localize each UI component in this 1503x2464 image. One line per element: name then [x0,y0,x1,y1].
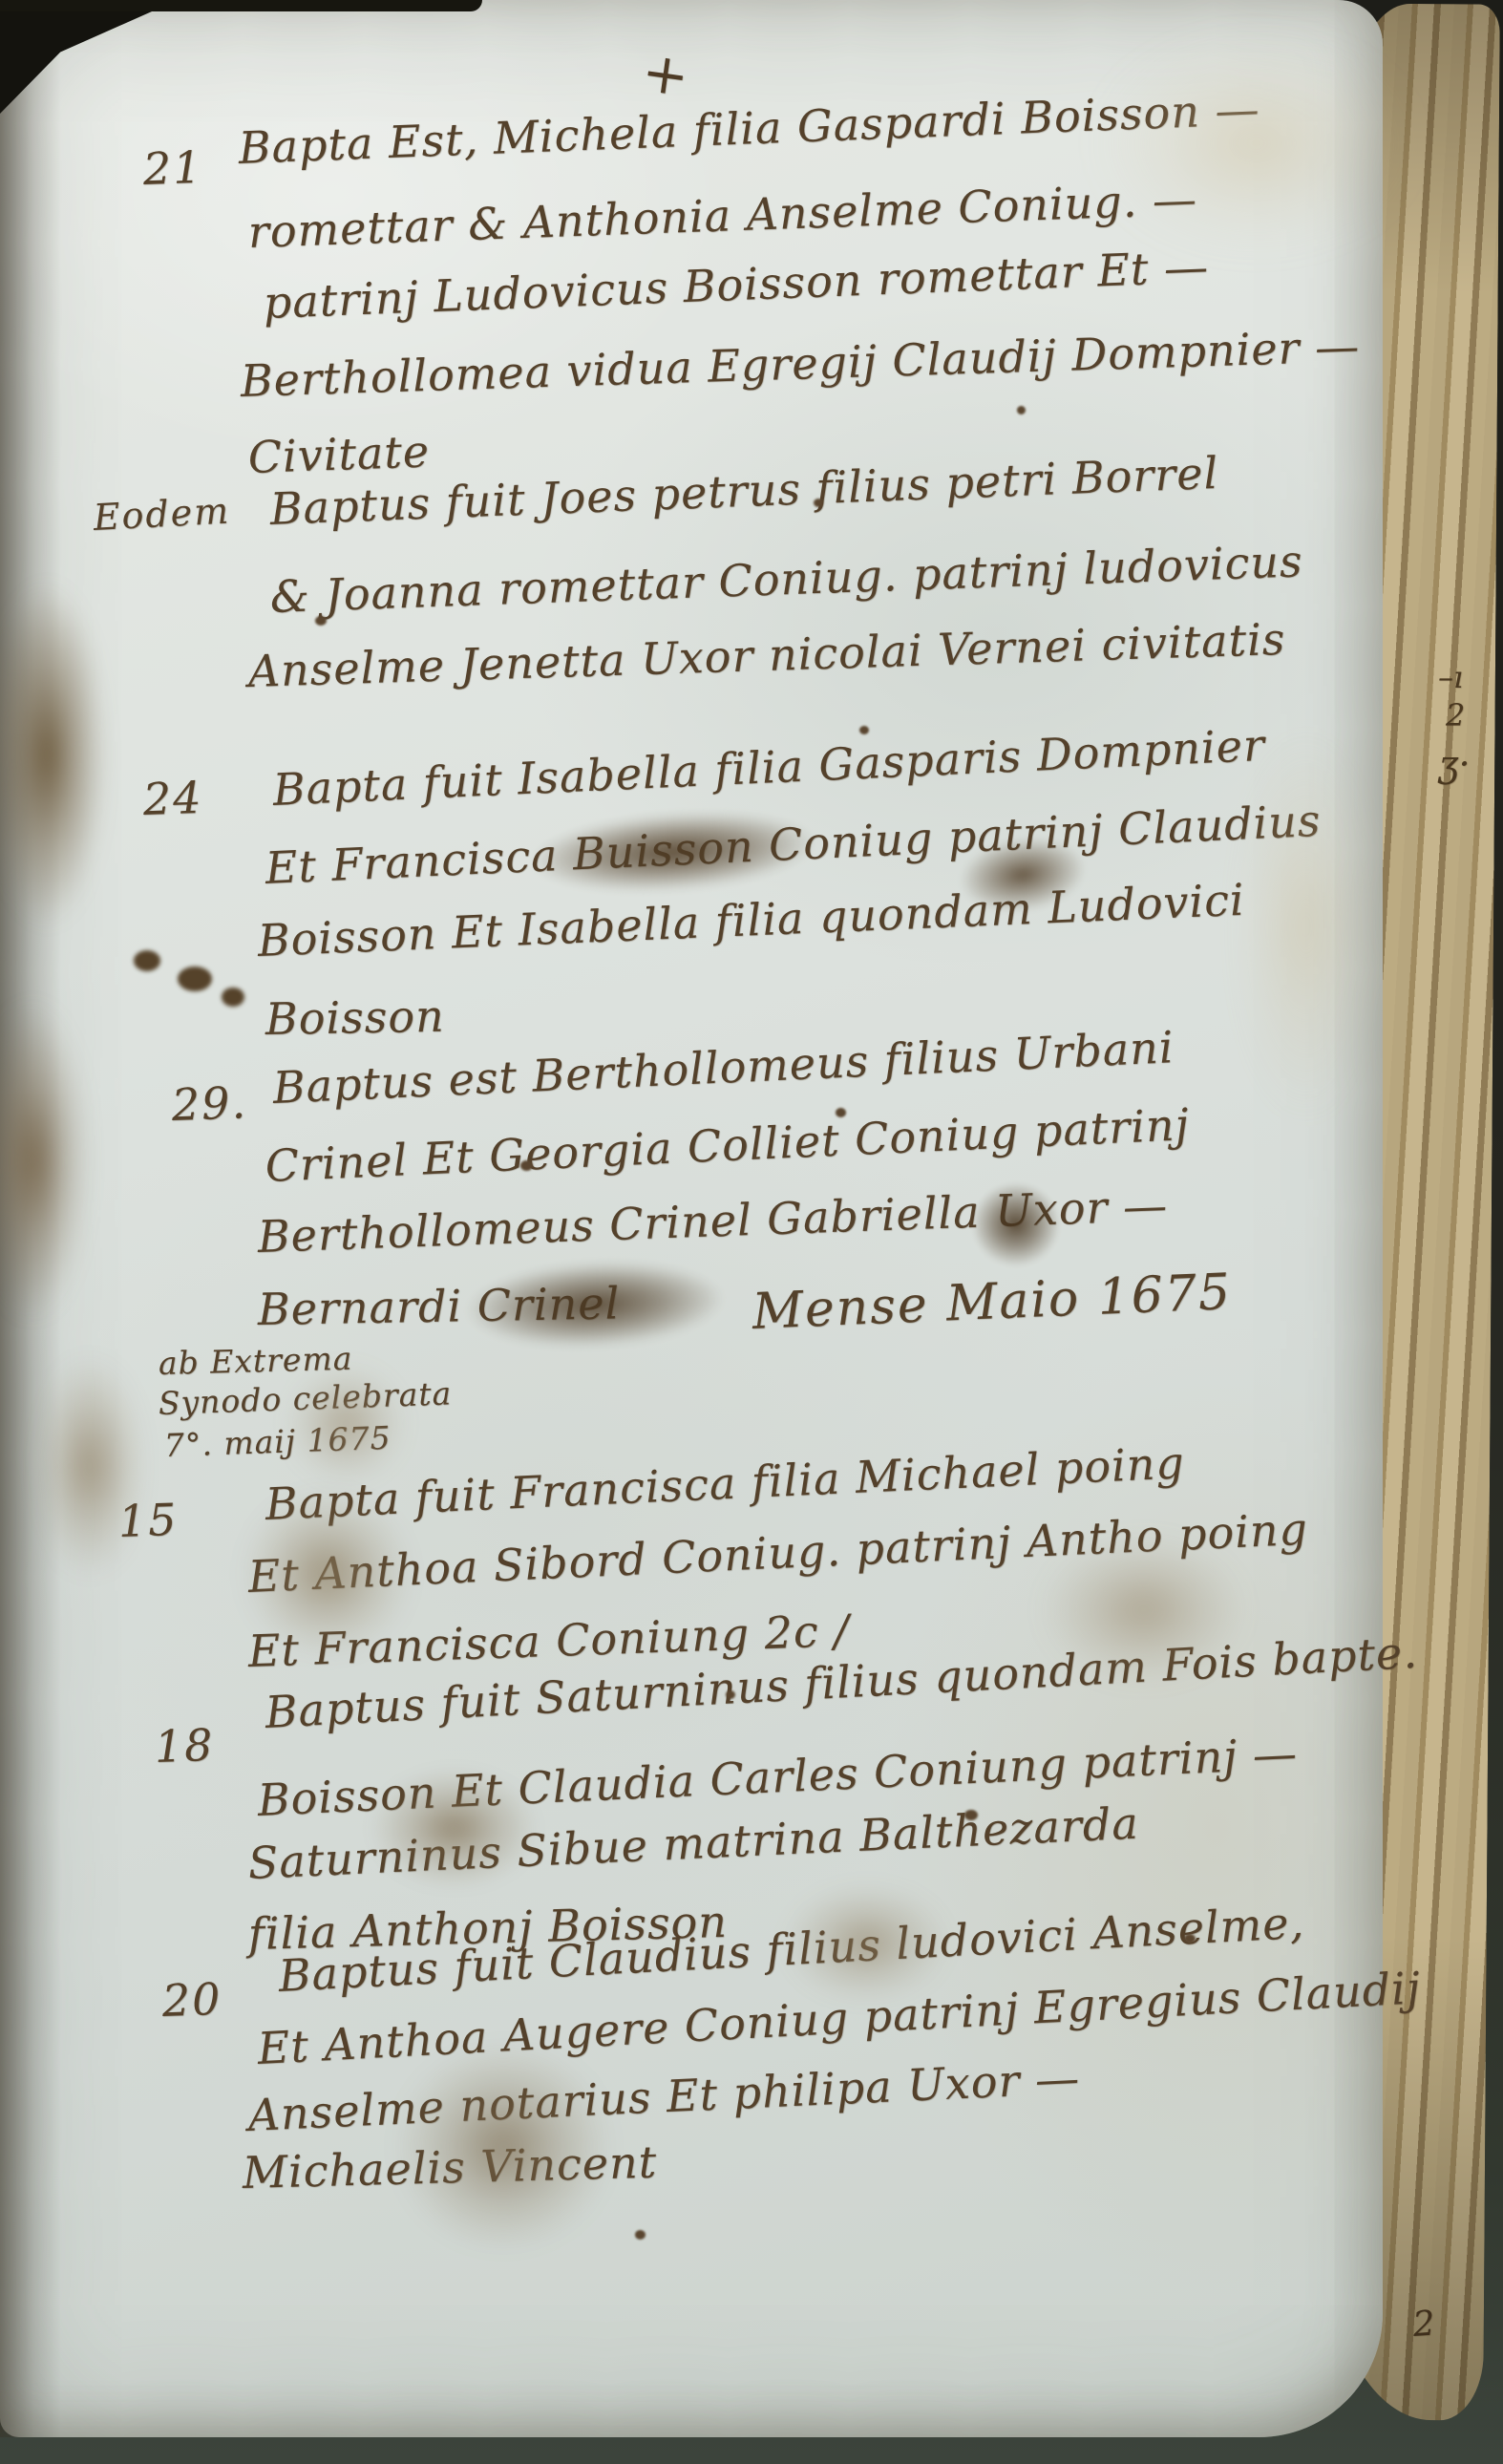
margin-number: Eodem [93,490,232,539]
page-top-edge-shadow [0,0,482,11]
margin-number: 21 [142,141,203,195]
margin-number: 24 [142,772,203,825]
margin-number: 18 [154,1719,215,1773]
edge-mark: 2 [1446,697,1465,733]
manuscript-photo: + 21 Bapta Est, Michela filia Gaspardi B… [0,0,1503,2464]
record-line: Bernardi Crinel [257,1277,620,1335]
margin-number: 15 [117,1494,179,1547]
cross-mark: + [638,38,693,109]
binding-gutter-shadow [0,0,61,2437]
margin-number: 20 [161,1973,222,2027]
record-line: Boisson [265,990,445,1045]
record-line: Civitate [247,425,431,483]
margin-number: 29. [171,1076,248,1131]
margin-note-line: ab Extrema [158,1340,352,1382]
margin-note-line: 7°. maij 1675 [163,1419,392,1464]
record-line: Michaelis Vincent [242,2136,658,2198]
page-number: 2 [1411,2304,1436,2344]
edge-mark: –ı [1438,659,1463,695]
edge-mark: ʒ· [1438,743,1471,785]
